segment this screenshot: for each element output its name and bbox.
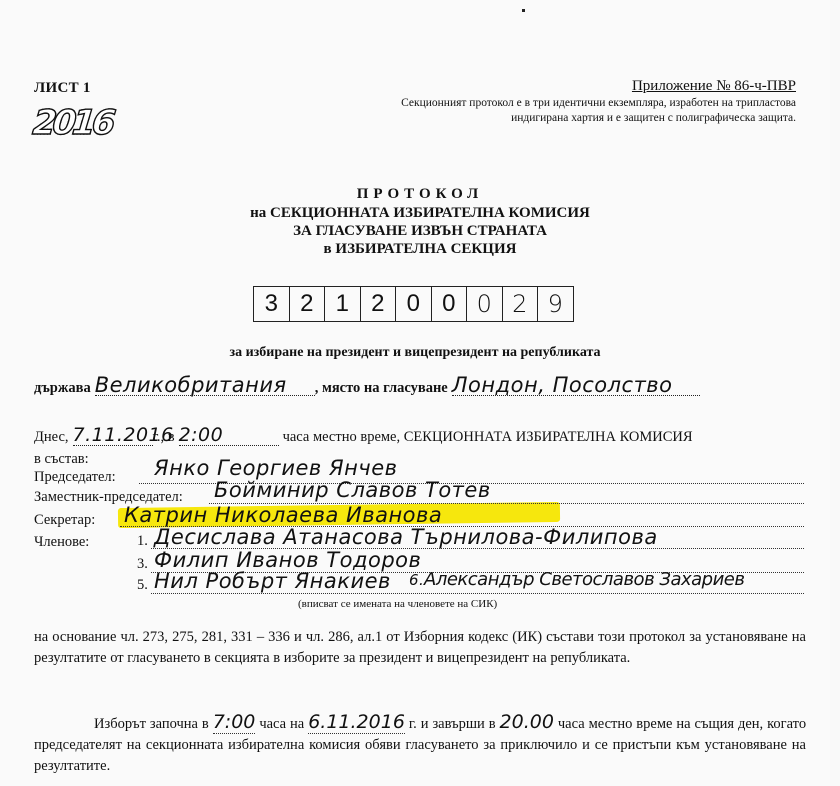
place-value: Лондон, Посолство bbox=[452, 375, 700, 396]
country-value: Великобритания bbox=[95, 375, 315, 396]
section-digit: 1 bbox=[325, 287, 361, 321]
date-value: 7.11.2016 bbox=[73, 425, 153, 446]
dotted-line bbox=[151, 593, 804, 594]
section-digit: 3 bbox=[254, 287, 290, 321]
end-time: 20.00 bbox=[500, 711, 554, 733]
year-stamp: 2016 bbox=[31, 103, 114, 143]
section-digit: 9 bbox=[538, 287, 573, 321]
annex-title: Приложение № 86-ч-ПВР bbox=[632, 78, 796, 95]
scan-speck bbox=[522, 9, 525, 12]
secretary-label: Секретар: bbox=[34, 512, 95, 528]
members-label: Членове: bbox=[34, 534, 89, 550]
member-num: 1. bbox=[137, 533, 148, 550]
time-value: 2:00 bbox=[179, 425, 279, 446]
p2-part3: г. и завърши в bbox=[409, 716, 496, 732]
chairman-name: Янко Георгиев Янчев bbox=[154, 456, 398, 480]
location-row: държава Великобритания, място на гласува… bbox=[34, 375, 700, 397]
title-line-1: ПРОТОКОЛ bbox=[0, 184, 840, 204]
p2-part1: Изборът започна в bbox=[94, 716, 209, 732]
member-num: 3. bbox=[137, 556, 148, 573]
section-digit: 2 bbox=[361, 287, 397, 321]
p2-part2: часа на bbox=[259, 716, 304, 732]
composition-label: в състав: bbox=[34, 451, 89, 468]
member-num: 5. bbox=[137, 577, 148, 594]
section-digit: 0 bbox=[467, 287, 503, 321]
section-digit: 2 bbox=[503, 287, 539, 321]
date-prefix: Днес, bbox=[34, 429, 69, 445]
start-time: 7:00 bbox=[213, 711, 256, 734]
members-caption: (вписват се имената на членовете на СИК) bbox=[298, 598, 497, 610]
title-line-2: на СЕКЦИОННАТА ИЗБИРАТЕЛНА КОМИСИЯ bbox=[0, 204, 840, 222]
legal-basis-paragraph: на основание чл. 273, 275, 281, 331 – 33… bbox=[34, 627, 806, 669]
annex-note: Секционният протокол е в три идентични е… bbox=[376, 96, 796, 126]
member-num: 6. bbox=[409, 571, 424, 589]
member-name: Нил Робърт Янакиев bbox=[154, 569, 391, 593]
voting-times-paragraph: Изборът започна в 7:00 часа на 6.11.2016… bbox=[34, 712, 806, 777]
start-date: 6.11.2016 bbox=[308, 711, 405, 734]
year-suffix: г., в bbox=[153, 429, 175, 445]
section-digit: 0 bbox=[432, 287, 468, 321]
election-line: за избиране на президент и вицепрезидент… bbox=[0, 345, 830, 361]
protocol-title: ПРОТОКОЛ на СЕКЦИОННАТА ИЗБИРАТЕЛНА КОМИ… bbox=[0, 184, 840, 258]
title-line-3: ЗА ГЛАСУВАНЕ ИЗВЪН СТРАНАТА bbox=[0, 222, 840, 240]
section-digit: 0 bbox=[396, 287, 432, 321]
protocol-page: ЛИСТ 1 2016 Приложение № 86-ч-ПВР Секцио… bbox=[0, 0, 830, 786]
date-row: Днес, 7.11.2016г., в 2:00 часа местно вр… bbox=[34, 425, 693, 446]
country-label: държава bbox=[34, 380, 91, 396]
date-suffix: часа местно време, СЕКЦИОННАТА ИЗБИРАТЕЛ… bbox=[283, 429, 693, 445]
place-label: , място на гласуване bbox=[315, 380, 448, 396]
secretary-name: Катрин Николаева Иванова bbox=[124, 503, 442, 527]
member-name: Десислава Атанасова Търнилова-Филипова bbox=[154, 525, 658, 549]
deputy-name: Бойминир Славов Тотев bbox=[214, 478, 491, 502]
section-digit: 2 bbox=[290, 287, 326, 321]
chairman-label: Председател: bbox=[34, 469, 116, 485]
member-name: Александър Светославов Захариев bbox=[424, 569, 744, 590]
sheet-label: ЛИСТ 1 bbox=[34, 80, 91, 97]
title-line-4: в ИЗБИРАТЕЛНА СЕКЦИЯ bbox=[0, 240, 840, 258]
section-number-box: 321200029 bbox=[253, 286, 574, 322]
